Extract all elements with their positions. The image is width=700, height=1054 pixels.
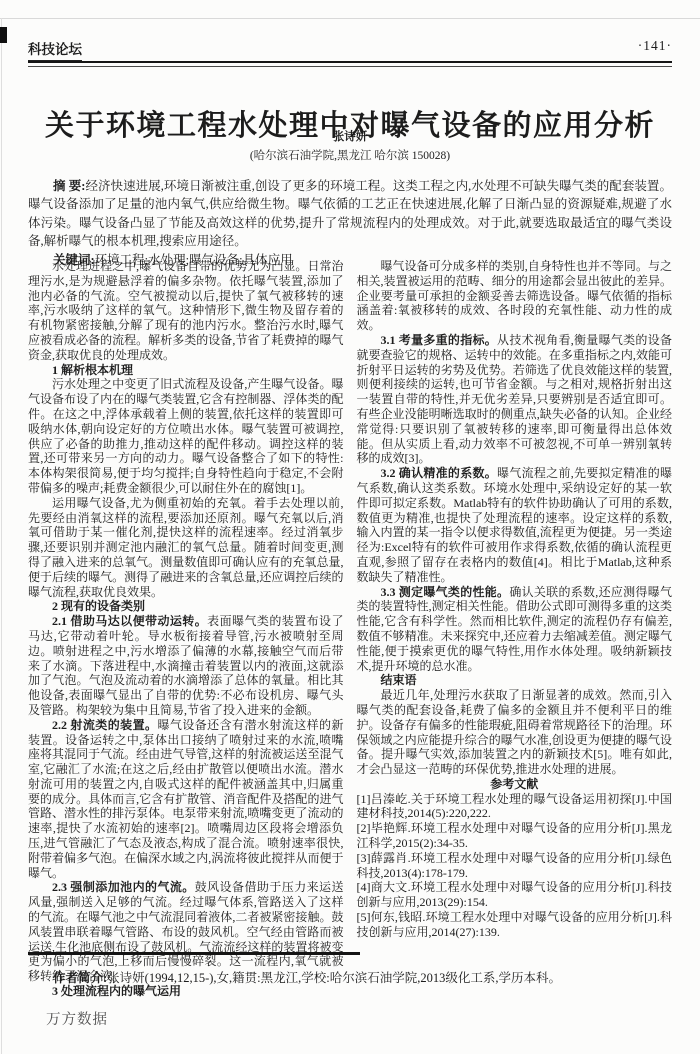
section-heading-1: 1 解析根本机理 xyxy=(28,363,344,378)
paper-page: 科技论坛 ·141· 关于环境工程水处理中对曝气设备的应用分析 张诗妍 (哈尔滨… xyxy=(0,0,700,1054)
scan-edge-top xyxy=(0,18,700,19)
subsection-label-3-2: 3.2 确认精准的系数。 xyxy=(381,466,498,480)
author-affiliation: (哈尔滨石油学院,黑龙江 哈尔滨 150028) xyxy=(0,147,700,163)
reference-entry-2: [2]毕艳辉.环境工程水处理中对曝气设备的应用分析[J].黑龙江科学,2015(… xyxy=(357,821,673,851)
header-rule xyxy=(28,61,672,67)
subsection-label-2-2: 2.2 射流类的装置。 xyxy=(52,718,157,732)
author-name: 张诗妍 xyxy=(0,128,700,144)
paragraph-mechanism-2: 运用曝气设备,尤为侧重初始的充氧。着手去处理以前,先要经由消氧这样的流程,要添加… xyxy=(28,496,344,600)
left-column: 水处理进程之中,曝气设备自带的优势尤为凸显。日常治理污水,是为规避悬浮着的偏多杂… xyxy=(28,259,344,999)
paragraph-2-2: 2.2 射流类的装置。曝气设备还含有潜水射流这样的新装置。设备运转之中,泵体出口… xyxy=(28,718,344,881)
reference-entry-3: [3]薛露肖.环境工程水处理中对曝气设备的应用分析[J].绿色科技,2013(4… xyxy=(357,851,673,881)
reference-entry-4: [4]商大文.环境工程水处理中对曝气设备的应用分析[J].科技创新与应用,201… xyxy=(357,880,673,910)
page-number: ·141· xyxy=(638,38,672,54)
conclusion-heading: 结束语 xyxy=(357,673,673,688)
author-bio: 作者简介:张诗妍(1994,12,15-),女,籍贯:黑龙江,学校:哈尔滨石油学… xyxy=(28,968,672,986)
reference-entry-1: [1]吕溱屹.关于环境工程水处理的曝气设备运用初探[J].中国建材科技,2014… xyxy=(357,792,673,822)
author-bio-label: 作者简介: xyxy=(53,971,107,985)
right-column: 曝气设备可分成多样的类别,自身特性也并不等同。与之相关,装置被运用的范畴、细分的… xyxy=(357,259,673,940)
abstract-block: 摘 要:经济快速进展,环境日渐被注重,创设了更多的环境工程。这类工程之内,水处理… xyxy=(28,177,672,269)
reference-entry-5: [5]何东,钱昭.环境工程水处理中对曝气设备的应用分析[J].科技创新与应用,2… xyxy=(357,910,673,940)
journal-section-label: 科技论坛 xyxy=(28,38,82,61)
section-heading-2: 2 现有的设备类别 xyxy=(28,599,344,614)
author-bio-rule xyxy=(28,952,360,955)
subsection-label-3-1: 3.1 考量多重的指标。 xyxy=(381,333,498,347)
abstract-text: 经济快速进展,环境日渐被注重,创设了更多的环境工程。这类工程之内,水处理不可缺失… xyxy=(28,179,672,248)
body-columns: 水处理进程之中,曝气设备自带的优势尤为凸显。日常治理污水,是为规避悬浮着的偏多杂… xyxy=(28,259,672,999)
paragraph-2-1: 2.1 借助马达以便带动运转。表面曝气类的装置布设了马达,它带动着叶轮。导水板衔… xyxy=(28,614,344,718)
paragraph-3-3: 3.3 测定曝气类的性能。确认关联的系数,还应测得曝气类的装置特性,测定相关性能… xyxy=(357,585,673,674)
wanfang-watermark: 万方数据 xyxy=(46,1008,108,1029)
scan-edge-left xyxy=(1,18,2,1054)
paragraph-3-2: 3.2 确认精准的系数。曝气流程之前,先要拟定精准的曝气系数,确认这类系数。环境… xyxy=(357,466,673,584)
author-bio-text: 张诗妍(1994,12,15-),女,籍贯:黑龙江,学校:哈尔滨石油学院,201… xyxy=(107,971,561,985)
page-header: 科技论坛 ·141· xyxy=(28,38,672,58)
paragraph-3-1: 3.1 考量多重的指标。从技术视角看,衡量曝气类的设备就要查验它的规格、运转中的… xyxy=(357,333,673,466)
abstract-paragraph: 摘 要:经济快速进展,环境日渐被注重,创设了更多的环境工程。这类工程之内,水处理… xyxy=(28,177,672,251)
scan-artifact-mark xyxy=(0,27,7,43)
paragraph-intro: 水处理进程之中,曝气设备自带的优势尤为凸显。日常治理污水,是为规避悬浮着的偏多杂… xyxy=(28,259,344,363)
section-heading-3: 3 处理流程内的曝气运用 xyxy=(28,984,344,999)
references-heading: 参考文献 xyxy=(357,777,673,792)
paragraph-mechanism-1: 污水处理之中变更了旧式流程及设备,产生曝气设备。曝气设备布设了内在的曝气类装置,… xyxy=(28,377,344,495)
paragraph-conclusion: 最近几年,处理污水获取了日渐显著的成效。然而,引入曝气类的配套设备,耗费了偏多的… xyxy=(357,688,673,777)
abstract-label: 摘 要: xyxy=(53,179,85,193)
subsection-label-2-1: 2.1 借助马达以便带动运转。 xyxy=(52,614,207,628)
paragraph-section3-intro: 曝气设备可分成多样的类别,自身特性也并不等同。与之相关,装置被运用的范畴、细分的… xyxy=(357,259,673,333)
subsection-label-2-3: 2.3 强制添加池内的气流。 xyxy=(52,880,195,894)
subsection-label-3-3: 3.3 测定曝气类的性能。 xyxy=(381,585,510,599)
